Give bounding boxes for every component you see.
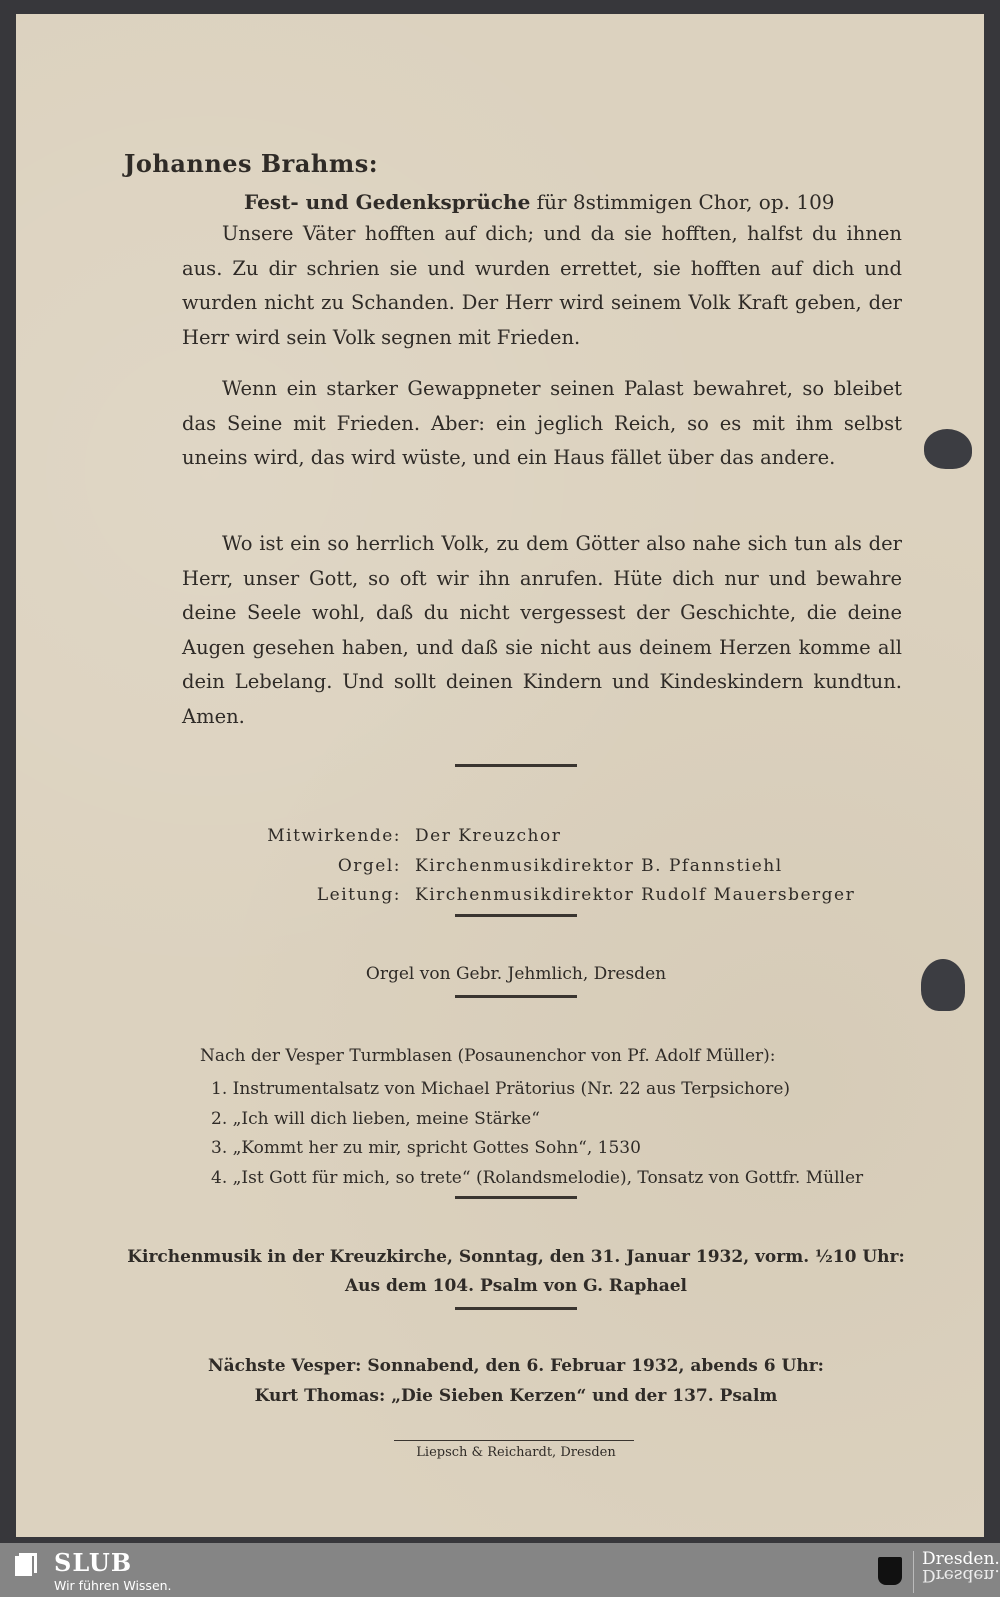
after-vesper-heading: Nach der Vesper Turmblasen (Posaunenchor… [200,1046,776,1066]
church-music-line-2: Aus dem 104. Psalm von G. Raphael [32,1272,1000,1301]
credit-value: Kirchenmusikdirektor B. Pfannstiehl [415,852,783,882]
printer-imprint: Liepsch & Reichardt, Dresden [32,1445,1000,1460]
list-item: 2. „Ich will dich lieben, meine Stärke“ [211,1105,863,1135]
viewer-footer-bar: SLUB Wir führen Wissen. Dresden. Dresden… [0,1543,1000,1597]
credits-block: Mitwirkende: Der Kreuzchor Orgel: Kirche… [226,822,855,911]
church-music-line-1: Kirchenmusik in der Kreuzkirche, Sonntag… [32,1243,1000,1272]
divider-rule [455,1307,577,1310]
ink-blot [921,959,965,1011]
after-vesper-list: 1. Instrumentalsatz von Michael Prätoriu… [211,1075,863,1193]
work-title-main: Fest- und Gedenksprüche [244,190,530,214]
credit-label: Orgel: [226,852,415,882]
work-title-rest: für 8stimmigen Chor, op. 109 [537,190,835,214]
divider-rule [455,1196,577,1199]
credit-value: Der Kreuzchor [415,822,561,852]
dresden-logo[interactable]: Dresden. Dresden. [922,1551,1000,1583]
work-title: Fest- und Gedenksprüche für 8stimmigen C… [244,190,835,214]
next-vesper-announcement: Nächste Vesper: Sonnabend, den 6. Februa… [32,1351,1000,1411]
next-vesper-line-1: Nächste Vesper: Sonnabend, den 6. Februa… [32,1351,1000,1381]
ink-blot [924,429,972,469]
slub-tagline: Wir führen Wissen. [54,1578,172,1593]
printer-rule [394,1440,634,1441]
next-vesper-line-2: Kurt Thomas: „Die Sieben Kerzen“ und der… [32,1381,1000,1411]
list-item: 3. „Kommt her zu mir, spricht Gottes Soh… [211,1134,863,1164]
slub-logo-icon [13,1551,39,1577]
text-paragraph-3: Wo ist ein so herrlich Volk, zu dem Gött… [182,527,902,735]
credit-label: Leitung: [226,881,415,911]
organ-builder-note: Orgel von Gebr. Jehmlich, Dresden [32,964,1000,984]
divider-rule [455,764,577,767]
dresden-coat-of-arms-icon [878,1557,902,1585]
divider-rule [455,914,577,917]
slub-brand[interactable]: SLUB [54,1548,132,1577]
divider-rule [455,995,577,998]
church-music-announcement: Kirchenmusik in der Kreuzkirche, Sonntag… [32,1243,1000,1301]
credit-row: Leitung: Kirchenmusikdirektor Rudolf Mau… [226,881,855,911]
footer-divider [913,1551,914,1593]
text-paragraph-1: Unsere Väter hofften auf dich; und da si… [182,217,902,355]
text-paragraph-2: Wenn ein starker Gewappneter seinen Pala… [182,372,902,476]
list-item: 4. „Ist Gott für mich, so trete“ (Roland… [211,1164,863,1194]
credit-label: Mitwirkende: [226,822,415,852]
credit-row: Orgel: Kirchenmusikdirektor B. Pfannstie… [226,852,855,882]
credit-row: Mitwirkende: Der Kreuzchor [226,822,855,852]
dresden-wordmark-mirror: Dresden. [922,1567,1000,1583]
list-item: 1. Instrumentalsatz von Michael Prätoriu… [211,1075,863,1105]
composer-heading: Johannes Brahms: [124,149,378,178]
credit-value: Kirchenmusikdirektor Rudolf Mauersberger [415,881,855,911]
document-page: Johannes Brahms: Fest- und Gedenksprüche… [16,14,984,1537]
